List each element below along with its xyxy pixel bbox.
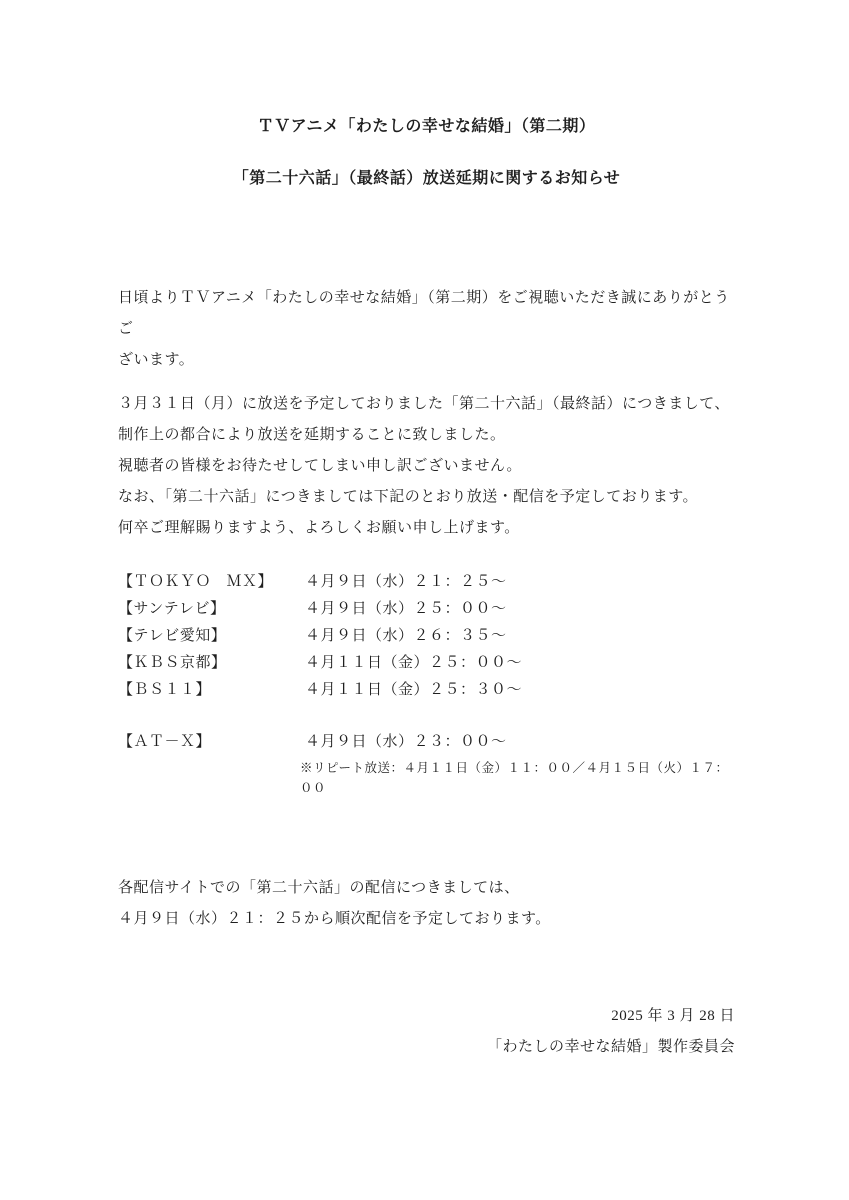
atx-repeat-note: ※リピート放送：４月１１日（金）１１：００／４月１５日（火）１７：００ — [300, 758, 735, 798]
footer-date: 2025 年 3 月 28 日 — [118, 1001, 735, 1032]
body-line: 何卒ご理解賜りますよう、よろしくお願い申し上げます。 — [118, 513, 735, 544]
document-footer: 2025 年 3 月 28 日 「わたしの幸せな結婚」製作委員会 — [118, 1001, 735, 1063]
body-paragraph: ３月３１日（月）に放送を予定しておりました「第二十六話」（最終話）につきまして、… — [118, 389, 735, 544]
schedule-row: 【テレビ愛知】 ４月９日（水）２６：３５～ — [118, 623, 735, 650]
streaming-paragraph: 各配信サイトでの「第二十六話」の配信につきましては、 ４月９日（水）２１：２５か… — [118, 873, 735, 935]
document-content: ＴＶアニメ「わたしの幸せな結婚」（第二期） 「第二十六話」（最終話）放送延期に関… — [0, 0, 849, 1063]
notice-document-page: ＴＶアニメ「わたしの幸せな結婚」（第二期） 「第二十六話」（最終話）放送延期に関… — [0, 0, 849, 1200]
body-line: 視聴者の皆様をお待たせしてしまい申し訳ございません。 — [118, 451, 735, 482]
streaming-line: ４月９日（水）２１：２５から順次配信を予定しております。 — [118, 904, 735, 935]
streaming-line: 各配信サイトでの「第二十六話」の配信につきましては、 — [118, 873, 735, 904]
broadcast-time: ４月１１日（金）２５：００～ — [305, 650, 522, 677]
station-name: 【サンテレビ】 — [118, 596, 305, 623]
station-name: 【ＴＯＫＹＯ ＭＸ】 — [118, 569, 305, 596]
broadcast-time: ４月９日（水）２６：３５～ — [305, 623, 507, 650]
station-name: 【ＡＴ－Ｘ】 — [118, 729, 305, 756]
body-line: なお、「第二十六話」につきましては下記のとおり放送・配信を予定しております。 — [118, 482, 735, 513]
schedule-row: 【ＴＯＫＹＯ ＭＸ】 ４月９日（水）２１：２５～ — [118, 569, 735, 596]
station-name: 【ＢＳ１１】 — [118, 677, 305, 704]
schedule-row: 【ＡＴ－Ｘ】 ４月９日（水）２３：００～ — [118, 729, 735, 756]
broadcast-time: ４月９日（水）２１：２５～ — [305, 569, 507, 596]
schedule-row: 【ＢＳ１１】 ４月１１日（金）２５：３０～ — [118, 677, 735, 704]
station-name: 【ＫＢＳ京都】 — [118, 650, 305, 677]
body-line: 制作上の都合により放送を延期することに致しました。 — [118, 420, 735, 451]
broadcast-time: ４月９日（水）２３：００～ — [305, 729, 507, 756]
document-title-line1: ＴＶアニメ「わたしの幸せな結婚」（第二期） — [118, 116, 735, 138]
schedule-row: 【ＫＢＳ京都】 ４月１１日（金）２５：００～ — [118, 650, 735, 677]
footer-committee: 「わたしの幸せな結婚」製作委員会 — [118, 1032, 735, 1063]
broadcast-time: ４月１１日（金）２５：３０～ — [305, 677, 522, 704]
body-line: ３月３１日（月）に放送を予定しておりました「第二十六話」（最終話）につきまして、 — [118, 389, 735, 420]
schedule-row: 【サンテレビ】 ４月９日（水）２５：００～ — [118, 596, 735, 623]
station-name: 【テレビ愛知】 — [118, 623, 305, 650]
document-title-line2: 「第二十六話」（最終話）放送延期に関するお知らせ — [118, 168, 735, 190]
greeting-line: ざいます。 — [118, 345, 735, 376]
atx-schedule: 【ＡＴ－Ｘ】 ４月９日（水）２３：００～ ※リピート放送：４月１１日（金）１１：… — [118, 729, 735, 798]
broadcast-schedule: 【ＴＯＫＹＯ ＭＸ】 ４月９日（水）２１：２５～ 【サンテレビ】 ４月９日（水）… — [118, 569, 735, 704]
broadcast-time: ４月９日（水）２５：００～ — [305, 596, 507, 623]
greeting-line: 日頃よりＴＶアニメ「わたしの幸せな結婚」（第二期）をご視聴いただき誠にありがとう… — [118, 283, 735, 345]
greeting-paragraph: 日頃よりＴＶアニメ「わたしの幸せな結婚」（第二期）をご視聴いただき誠にありがとう… — [118, 283, 735, 376]
